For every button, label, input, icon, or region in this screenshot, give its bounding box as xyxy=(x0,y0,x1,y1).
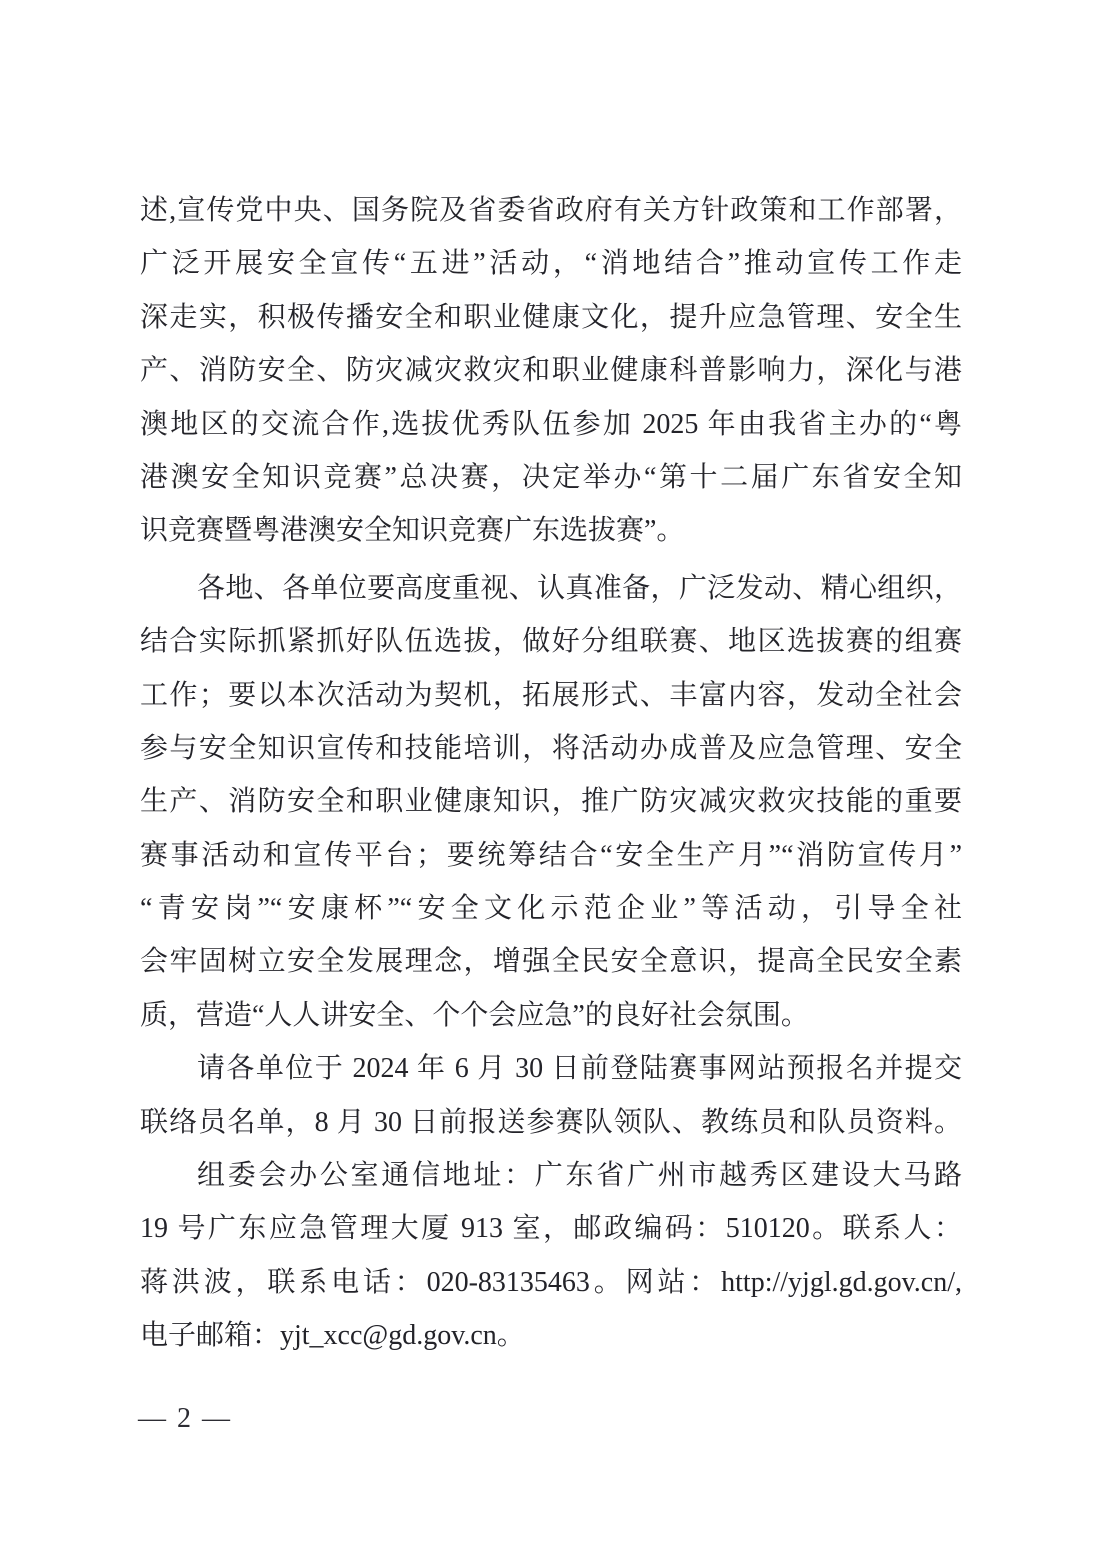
document-body: 述,宣传党中央、国务院及省委省政府有关方针政策和工作部署，广泛开展安全宣传“五进… xyxy=(140,184,962,1363)
text-line: 生产、消防安全和职业健康知识，推广防灾减灾救灾技能的重要 xyxy=(140,775,962,828)
text-line: 各地、各单位要高度重视、认真准备，广泛发动、精心组织， xyxy=(140,562,962,615)
text-line: 结合实际抓紧抓好队伍选拔，做好分组联赛、地区选拔赛的组赛 xyxy=(140,615,962,668)
text-line: 港澳安全知识竞赛”总决赛，决定举办“第十二届广东省安全知 xyxy=(140,451,962,504)
text-line: 电子邮箱：yjt_xcc@gd.gov.cn。 xyxy=(140,1309,962,1362)
text-line: 述,宣传党中央、国务院及省委省政府有关方针政策和工作部署， xyxy=(140,184,962,237)
text-line: 组委会办公室通信地址：广东省广州市越秀区建设大马路 xyxy=(140,1149,962,1202)
text-line: 产、消防安全、防灾减灾救灾和职业健康科普影响力，深化与港 xyxy=(140,344,962,397)
text-line: 蒋洪波，联系电话：020-83135463。网站：http://yjgl.gd.… xyxy=(140,1256,962,1309)
page-number: — 2 — xyxy=(138,1404,232,1434)
text-line: 联络员名单，8 月 30 日前报送参赛队领队、教练员和队员资料。 xyxy=(140,1096,962,1149)
text-line: 会牢固树立安全发展理念，增强全民安全意识，提高全民安全素 xyxy=(140,935,962,988)
text-line: 赛事活动和宣传平台；要统筹结合“安全生产月”“消防宣传月” xyxy=(140,829,962,882)
text-line: 识竞赛暨粤港澳安全知识竞赛广东选拔赛”。 xyxy=(140,504,962,557)
text-line: 请各单位于 2024 年 6 月 30 日前登陆赛事网站预报名并提交 xyxy=(140,1042,962,1095)
text-line: 工作；要以本次活动为契机，拓展形式、丰富内容，发动全社会 xyxy=(140,669,962,722)
text-line: 19 号广东应急管理大厦 913 室，邮政编码：510120。联系人： xyxy=(140,1202,962,1255)
text-line: “青安岗”“安康杯”“安全文化示范企业”等活动，引导全社 xyxy=(140,882,962,935)
text-line: 广泛开展安全宣传“五进”活动，“消地结合”推动宣传工作走 xyxy=(140,237,962,290)
text-line: 参与安全知识宣传和技能培训，将活动办成普及应急管理、安全 xyxy=(140,722,962,775)
text-line: 深走实，积极传播安全和职业健康文化，提升应急管理、安全生 xyxy=(140,291,962,344)
text-line: 澳地区的交流合作,选拔优秀队伍参加 2025 年由我省主办的“粤 xyxy=(140,398,962,451)
document-page: 述,宣传党中央、国务院及省委省政府有关方针政策和工作部署，广泛开展安全宣传“五进… xyxy=(0,0,1102,1557)
text-line: 质，营造“人人讲安全、个个会应急”的良好社会氛围。 xyxy=(140,989,962,1042)
